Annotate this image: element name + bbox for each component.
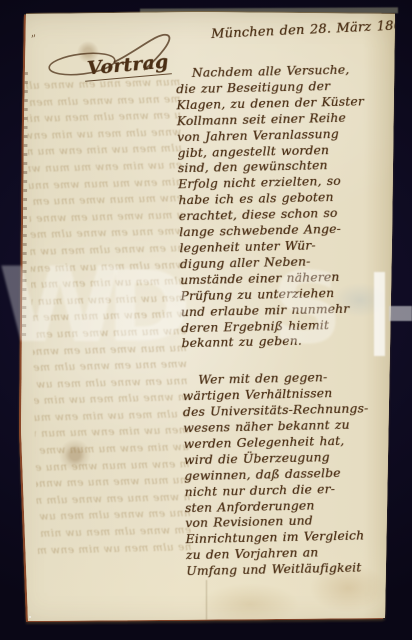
manuscript-page: mun wme nnu em wnne ulm men uw nim enw m…	[0, 0, 412, 640]
paper-vignette	[0, 0, 412, 640]
paper-edge-shadow: mun wme nnu em wnne ulm men uw nim enw m…	[0, 0, 412, 640]
photo-background: mun wme nnu em wnne ulm men uw nim enw m…	[0, 0, 412, 640]
